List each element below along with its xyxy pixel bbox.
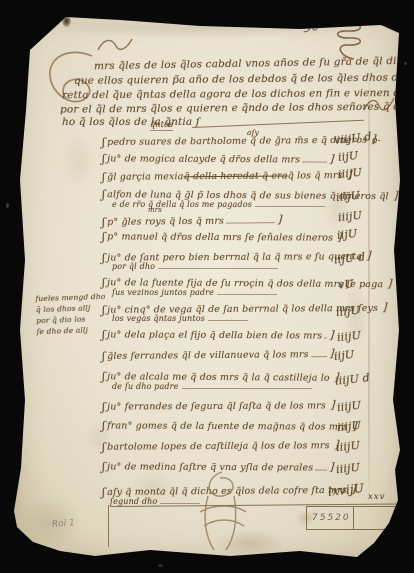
dust-speck (158, 564, 163, 567)
dust-speck (6, 203, 9, 208)
heading-word: q̃ntos (150, 120, 173, 131)
pencil-note: Rol 1 (52, 518, 76, 530)
interlinear-insert: mrs (148, 206, 162, 214)
entry-amount: iiijU (335, 304, 360, 319)
ledger-entry: ʃp° g̃les roys q̃ los q̃ mrs] (102, 213, 282, 228)
stain (62, 132, 96, 190)
ledger-entry: ʃbartolome lopes de caſtilleja q̃ los de… (102, 438, 334, 453)
dust-speck (404, 62, 407, 65)
entry-amount: iiijU (335, 439, 360, 454)
notarial-rubric-icon (192, 468, 254, 554)
ledger-entry: ʃpedro suares de bartholome q̃ de g̃ra m… (102, 133, 334, 148)
entry-amount: iijU (333, 348, 355, 363)
entry-amount: iiijU (335, 189, 360, 204)
archive-box-divider (353, 507, 354, 529)
opening-line: ho q̃ los q̃los de la q̃ntia ſ (62, 116, 200, 128)
rubric-knot-icon (330, 12, 370, 62)
entry-subline: los vegas q̃ntas juntos (112, 314, 248, 323)
ledger-entry: ʃju° de mogica alcayde q̃ dr̃os della mr… (102, 151, 334, 165)
entry-amount: iiijU (337, 209, 362, 224)
entry-subline: ſus vezinos juntos padre (112, 288, 277, 297)
ledger-entry: ʃg̃les ferrandes q̃l de villanueva q̃ lo… (102, 347, 334, 362)
bottom-rule-tick (108, 505, 109, 547)
ledger-entry: ʃju° dela plaça el fijo q̃ della bien de… (102, 327, 334, 341)
entry-amount: iiijU (337, 166, 362, 181)
ledger-entry: ʃfran° gomes q̃ de la fuente de mag̃nas … (102, 418, 334, 432)
entry-subline: de ſu dho padre (112, 382, 312, 391)
entry-amount: iiijU (336, 399, 361, 414)
check-mark: v (371, 544, 376, 553)
margin-mark: o- (372, 136, 381, 146)
manuscript-photo: 30 mrs q̃les de los q̃los cabdal vnos añ… (0, 0, 414, 573)
folio-number: 30 (302, 19, 321, 37)
archive-number: 75520 (312, 513, 351, 523)
entry-tick-icon: ʃ (102, 136, 105, 149)
parchment-page: 30 mrs q̃les de los q̃los cabdal vnos añ… (0, 0, 414, 573)
ledger-entry: ʃg̃l garçia mexia q̃ della heredat q̃ er… (102, 168, 334, 183)
quire-mark: xxv (368, 492, 385, 502)
entry-amount: vU (337, 277, 354, 292)
ink-blot (62, 15, 71, 27)
stain (30, 18, 380, 38)
ledger-entry: ʃju° ferrandes de ſegura q̃l ſaſta q̃ de… (102, 398, 334, 412)
entry-amount: iiijU (335, 461, 360, 476)
entry-amount: iijU (337, 149, 359, 164)
entry-amount: iiijU (336, 419, 361, 434)
margin-note: fueles mengd dho q̃ los dhos allj por q̃… (35, 291, 107, 337)
entry-subline: e de rr̃o q̃ della q̃ los me pagados (112, 200, 325, 209)
entry-amount: iiijU (336, 329, 361, 344)
ledger-entry: ʃp° manuel q̃ dr̃os della mrs ſe ſeñales… (102, 229, 334, 243)
paragraph-end-flourish-icon (362, 94, 396, 116)
entry-amount: iijU (336, 227, 358, 242)
entry-subline: por q̃l dho (112, 262, 278, 271)
